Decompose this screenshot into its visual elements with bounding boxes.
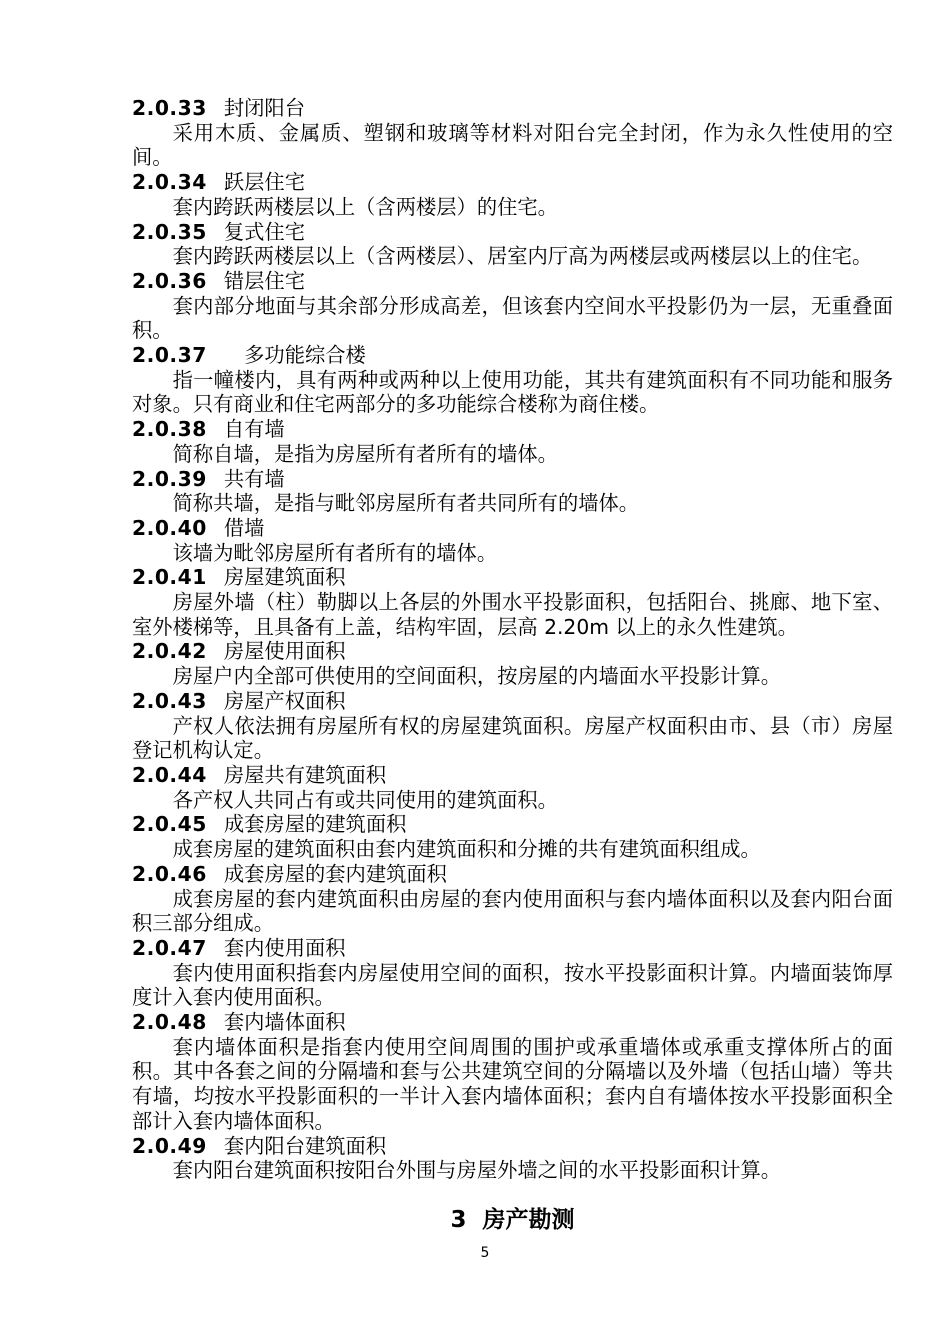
definition-heading: 2.0.48套内墙体面积 xyxy=(132,1010,893,1035)
definition-number: 2.0.36 xyxy=(132,269,207,293)
definition-heading: 2.0.49套内阳台建筑面积 xyxy=(132,1134,893,1159)
definition-number: 2.0.35 xyxy=(132,220,207,244)
definition-entry: 2.0.42房屋使用面积 房屋户内全部可供使用的空间面积，按房屋的内墙面水平投影… xyxy=(132,639,893,688)
definition-number: 2.0.33 xyxy=(132,96,207,120)
definition-term: 自有墙 xyxy=(224,417,285,441)
definition-entry: 2.0.37 多功能综合楼 指一幢楼内，具有两种或两种以上使用功能，其共有建筑面… xyxy=(132,343,893,417)
definition-heading: 2.0.36错层住宅 xyxy=(132,269,893,294)
definition-paragraph: 采用木质、金属质、塑钢和玻璃等材料对阳台完全封闭，作为永久性使用的空间。 xyxy=(132,121,893,170)
definition-entry: 2.0.40借墙 该墙为毗邻房屋所有者所有的墙体。 xyxy=(132,516,893,565)
definition-heading: 2.0.40借墙 xyxy=(132,516,893,541)
definition-entry: 2.0.33封闭阳台 采用木质、金属质、塑钢和玻璃等材料对阳台完全封闭，作为永久… xyxy=(132,96,893,170)
definition-entry: 2.0.39共有墙 简称共墙，是指与毗邻房屋所有者共同所有的墙体。 xyxy=(132,467,893,516)
definition-entry: 2.0.49套内阳台建筑面积 套内阳台建筑面积按阳台外围与房屋外墙之间的水平投影… xyxy=(132,1134,893,1183)
definition-term: 跃层住宅 xyxy=(224,170,305,194)
definition-term: 房屋共有建筑面积 xyxy=(224,763,386,787)
definition-term: 多功能综合楼 xyxy=(224,343,366,367)
definition-heading: 2.0.37 多功能综合楼 xyxy=(132,343,893,368)
definition-term: 套内使用面积 xyxy=(224,936,346,960)
definition-paragraph: 套内阳台建筑面积按阳台外围与房屋外墙之间的水平投影面积计算。 xyxy=(132,1158,893,1183)
definition-term: 房屋建筑面积 xyxy=(224,565,346,589)
definition-heading: 2.0.35复式住宅 xyxy=(132,220,893,245)
definition-heading: 2.0.41房屋建筑面积 xyxy=(132,565,893,590)
section-number: 3 xyxy=(450,1207,466,1233)
definition-number: 2.0.42 xyxy=(132,639,207,663)
document-page: 2.0.33封闭阳台 采用木质、金属质、塑钢和玻璃等材料对阳台完全封闭，作为永久… xyxy=(0,0,950,1341)
definition-paragraph: 套内跨跃两楼层以上（含两楼层）的住宅。 xyxy=(132,195,893,220)
definition-number: 2.0.47 xyxy=(132,936,207,960)
definition-number: 2.0.45 xyxy=(132,812,207,836)
definition-term: 借墙 xyxy=(224,516,265,540)
definition-heading: 2.0.46成套房屋的套内建筑面积 xyxy=(132,862,893,887)
definition-heading: 2.0.33封闭阳台 xyxy=(132,96,893,121)
definition-number: 2.0.37 xyxy=(132,343,207,367)
definition-paragraph: 套内使用面积指套内房屋使用空间的面积，按水平投影面积计算。内墙面装饰厚度计入套内… xyxy=(132,961,893,1010)
document-content: 2.0.33封闭阳台 采用木质、金属质、塑钢和玻璃等材料对阳台完全封闭，作为永久… xyxy=(132,96,893,1235)
definition-term: 封闭阳台 xyxy=(224,96,305,120)
section-heading: 3房产勘测 xyxy=(132,1205,893,1235)
definition-number: 2.0.34 xyxy=(132,170,207,194)
definition-number: 2.0.40 xyxy=(132,516,207,540)
definition-heading: 2.0.45成套房屋的建筑面积 xyxy=(132,812,893,837)
definition-number: 2.0.41 xyxy=(132,565,207,589)
definition-number: 2.0.48 xyxy=(132,1010,207,1034)
definition-entry: 2.0.34跃层住宅 套内跨跃两楼层以上（含两楼层）的住宅。 xyxy=(132,170,893,219)
definition-number: 2.0.39 xyxy=(132,467,207,491)
definition-paragraph: 套内跨跃两楼层以上（含两楼层）、居室内厅高为两楼层或两楼层以上的住宅。 xyxy=(132,244,893,269)
definition-term: 套内阳台建筑面积 xyxy=(224,1134,386,1158)
definition-term: 房屋使用面积 xyxy=(224,639,346,663)
definition-entry: 2.0.46成套房屋的套内建筑面积 成套房屋的套内建筑面积由房屋的套内使用面积与… xyxy=(132,862,893,936)
definition-term: 成套房屋的建筑面积 xyxy=(224,812,407,836)
definition-entry: 2.0.45成套房屋的建筑面积 成套房屋的建筑面积由套内建筑面积和分摊的共有建筑… xyxy=(132,812,893,861)
definition-paragraph: 房屋外墙（柱）勒脚以上各层的外围水平投影面积，包括阳台、挑廊、地下室、室外楼梯等… xyxy=(132,590,893,639)
definition-term: 套内墙体面积 xyxy=(224,1010,346,1034)
definition-paragraph: 指一幢楼内，具有两种或两种以上使用功能，其共有建筑面积有不同功能和服务对象。只有… xyxy=(132,368,893,417)
definition-term: 成套房屋的套内建筑面积 xyxy=(224,862,447,886)
definition-paragraph: 套内部分地面与其余部分形成高差，但该套内空间水平投影仍为一层，无重叠面积。 xyxy=(132,294,893,343)
definition-heading: 2.0.47套内使用面积 xyxy=(132,936,893,961)
definition-term: 共有墙 xyxy=(224,467,285,491)
definition-heading: 2.0.39共有墙 xyxy=(132,467,893,492)
definition-paragraph: 产权人依法拥有房屋所有权的房屋建筑面积。房屋产权面积由市、县（市）房屋登记机构认… xyxy=(132,714,893,763)
definition-entry: 2.0.35复式住宅 套内跨跃两楼层以上（含两楼层）、居室内厅高为两楼层或两楼层… xyxy=(132,220,893,269)
definition-paragraph: 套内墙体面积是指套内使用空间周围的围护或承重墙体或承重支撑体所占的面积。其中各套… xyxy=(132,1035,893,1134)
section-title: 房产勘测 xyxy=(483,1207,575,1233)
definition-heading: 2.0.42房屋使用面积 xyxy=(132,639,893,664)
definition-paragraph: 房屋户内全部可供使用的空间面积，按房屋的内墙面水平投影计算。 xyxy=(132,664,893,689)
definition-paragraph: 简称共墙，是指与毗邻房屋所有者共同所有的墙体。 xyxy=(132,491,893,516)
definition-paragraph: 该墙为毗邻房屋所有者所有的墙体。 xyxy=(132,541,893,566)
definition-number: 2.0.38 xyxy=(132,417,207,441)
definition-number: 2.0.46 xyxy=(132,862,207,886)
definition-number: 2.0.43 xyxy=(132,689,207,713)
definition-heading: 2.0.38自有墙 xyxy=(132,417,893,442)
definition-entry: 2.0.43房屋产权面积 产权人依法拥有房屋所有权的房屋建筑面积。房屋产权面积由… xyxy=(132,689,893,763)
definition-entry: 2.0.41房屋建筑面积 房屋外墙（柱）勒脚以上各层的外围水平投影面积，包括阳台… xyxy=(132,565,893,639)
definition-paragraph: 成套房屋的套内建筑面积由房屋的套内使用面积与套内墙体面积以及套内阳台面积三部分组… xyxy=(132,887,893,936)
definitions-list: 2.0.33封闭阳台 采用木质、金属质、塑钢和玻璃等材料对阳台完全封闭，作为永久… xyxy=(132,96,893,1183)
definition-entry: 2.0.44房屋共有建筑面积 各产权人共同占有或共同使用的建筑面积。 xyxy=(132,763,893,812)
definition-heading: 2.0.43房屋产权面积 xyxy=(132,689,893,714)
definition-term: 房屋产权面积 xyxy=(224,689,346,713)
definition-entry: 2.0.48套内墙体面积 套内墙体面积是指套内使用空间周围的围护或承重墙体或承重… xyxy=(132,1010,893,1134)
definition-paragraph: 各产权人共同占有或共同使用的建筑面积。 xyxy=(132,788,893,813)
page-number: 5 xyxy=(20,1244,950,1262)
definition-number: 2.0.49 xyxy=(132,1134,207,1158)
definition-paragraph: 成套房屋的建筑面积由套内建筑面积和分摊的共有建筑面积组成。 xyxy=(132,837,893,862)
definition-term: 复式住宅 xyxy=(224,220,305,244)
definition-heading: 2.0.44房屋共有建筑面积 xyxy=(132,763,893,788)
definition-entry: 2.0.36错层住宅 套内部分地面与其余部分形成高差，但该套内空间水平投影仍为一… xyxy=(132,269,893,343)
definition-heading: 2.0.34跃层住宅 xyxy=(132,170,893,195)
definition-entry: 2.0.38自有墙 简称自墙，是指为房屋所有者所有的墙体。 xyxy=(132,417,893,466)
definition-number: 2.0.44 xyxy=(132,763,207,787)
definition-paragraph: 简称自墙，是指为房屋所有者所有的墙体。 xyxy=(132,442,893,467)
definition-term: 错层住宅 xyxy=(224,269,305,293)
definition-entry: 2.0.47套内使用面积 套内使用面积指套内房屋使用空间的面积，按水平投影面积计… xyxy=(132,936,893,1010)
